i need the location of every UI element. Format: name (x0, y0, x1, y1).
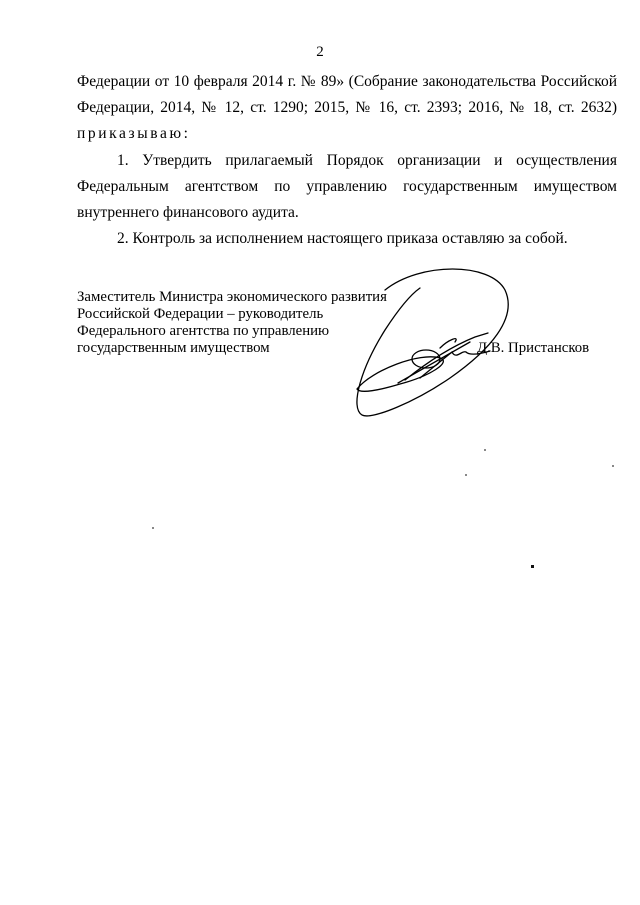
handwritten-signature (0, 0, 640, 905)
scan-speck (465, 474, 467, 476)
scan-speck (612, 465, 614, 467)
scan-speck (152, 527, 154, 529)
scan-speck (531, 565, 534, 568)
scan-speck (484, 449, 486, 451)
